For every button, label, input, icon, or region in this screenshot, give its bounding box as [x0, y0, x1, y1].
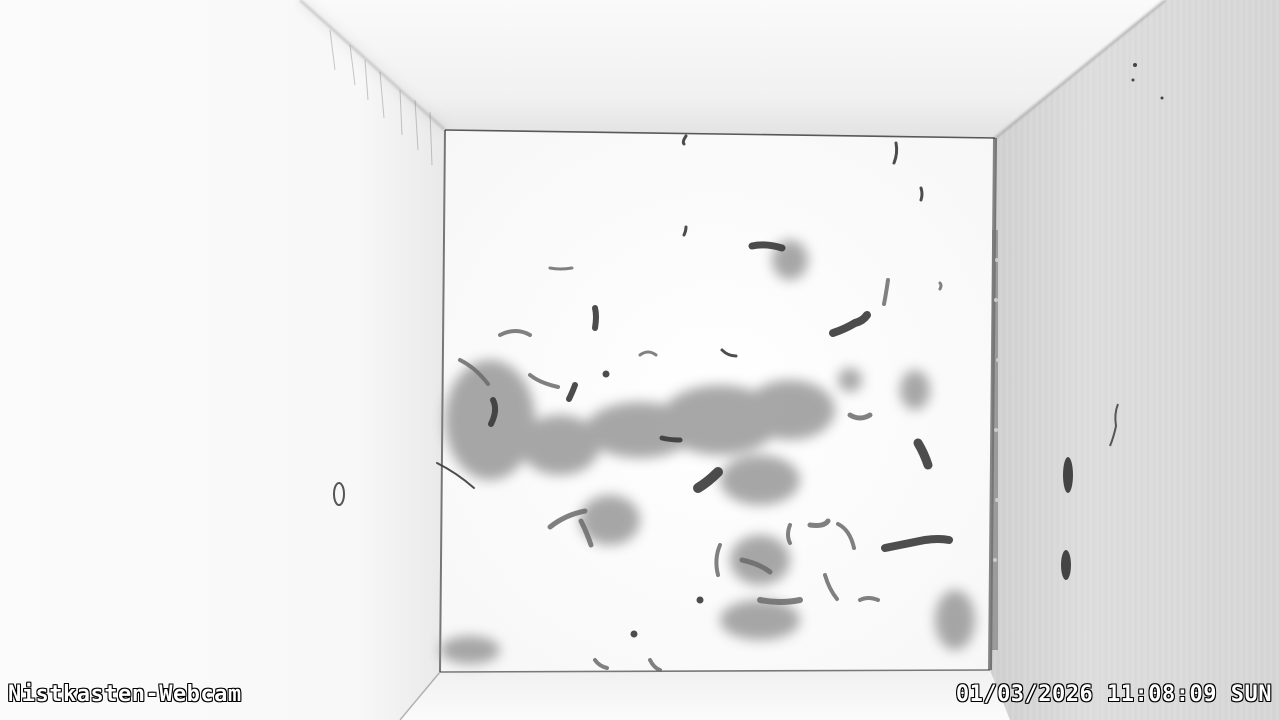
timestamp-overlay: 01/03/2026 11:08:09 SUN	[956, 683, 1272, 707]
webcam-frame: Nistkasten-Webcam 01/03/2026 11:08:09 SU…	[0, 0, 1280, 720]
time-text: 11:08:09	[1107, 682, 1217, 707]
date-text: 01/03/2026	[956, 682, 1093, 707]
left-wall	[0, 0, 445, 720]
camera-title-overlay: Nistkasten-Webcam	[8, 683, 242, 707]
bottom-wall	[400, 670, 1010, 720]
weekday-text: SUN	[1231, 682, 1272, 707]
nest-box-interior	[0, 0, 1280, 720]
